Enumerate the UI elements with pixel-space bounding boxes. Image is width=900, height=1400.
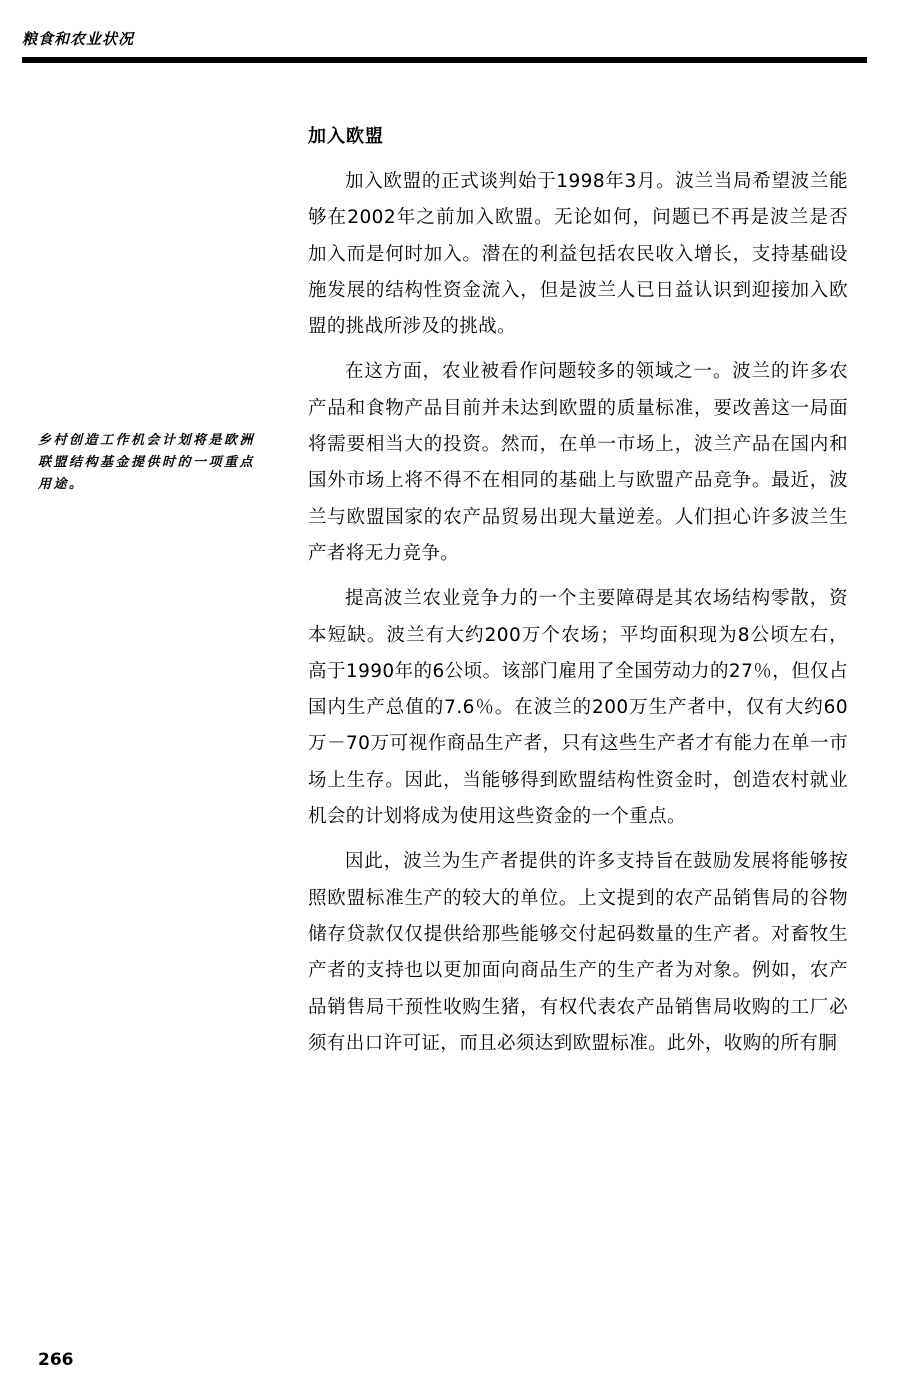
paragraph: 因此，波兰为生产者提供的许多支持旨在鼓励发展将能够按照欧盟标准生产的较大的单位。… bbox=[308, 844, 848, 1062]
header-rule bbox=[22, 57, 867, 63]
margin-note: 乡村创造工作机会计划将是欧洲联盟结构基金提供时的一项重点用途。 bbox=[38, 430, 270, 496]
paragraph: 在这方面，农业被看作问题较多的领域之一。波兰的许多农产品和食物产品目前并未达到欧… bbox=[308, 354, 848, 572]
body-text: 加入欧盟的正式谈判始于1998年3月。波兰当局希望波兰能够在2002年之前加入欧… bbox=[308, 164, 848, 1071]
paragraph: 加入欧盟的正式谈判始于1998年3月。波兰当局希望波兰能够在2002年之前加入欧… bbox=[308, 164, 848, 345]
section-title: 加入欧盟 bbox=[308, 122, 384, 148]
paragraph: 提高波兰农业竞争力的一个主要障碍是其农场结构零散，资本短缺。波兰有大约200万个… bbox=[308, 581, 848, 835]
page-number: 266 bbox=[38, 1350, 74, 1370]
running-head-title: 粮食和农业状况 bbox=[22, 28, 134, 49]
